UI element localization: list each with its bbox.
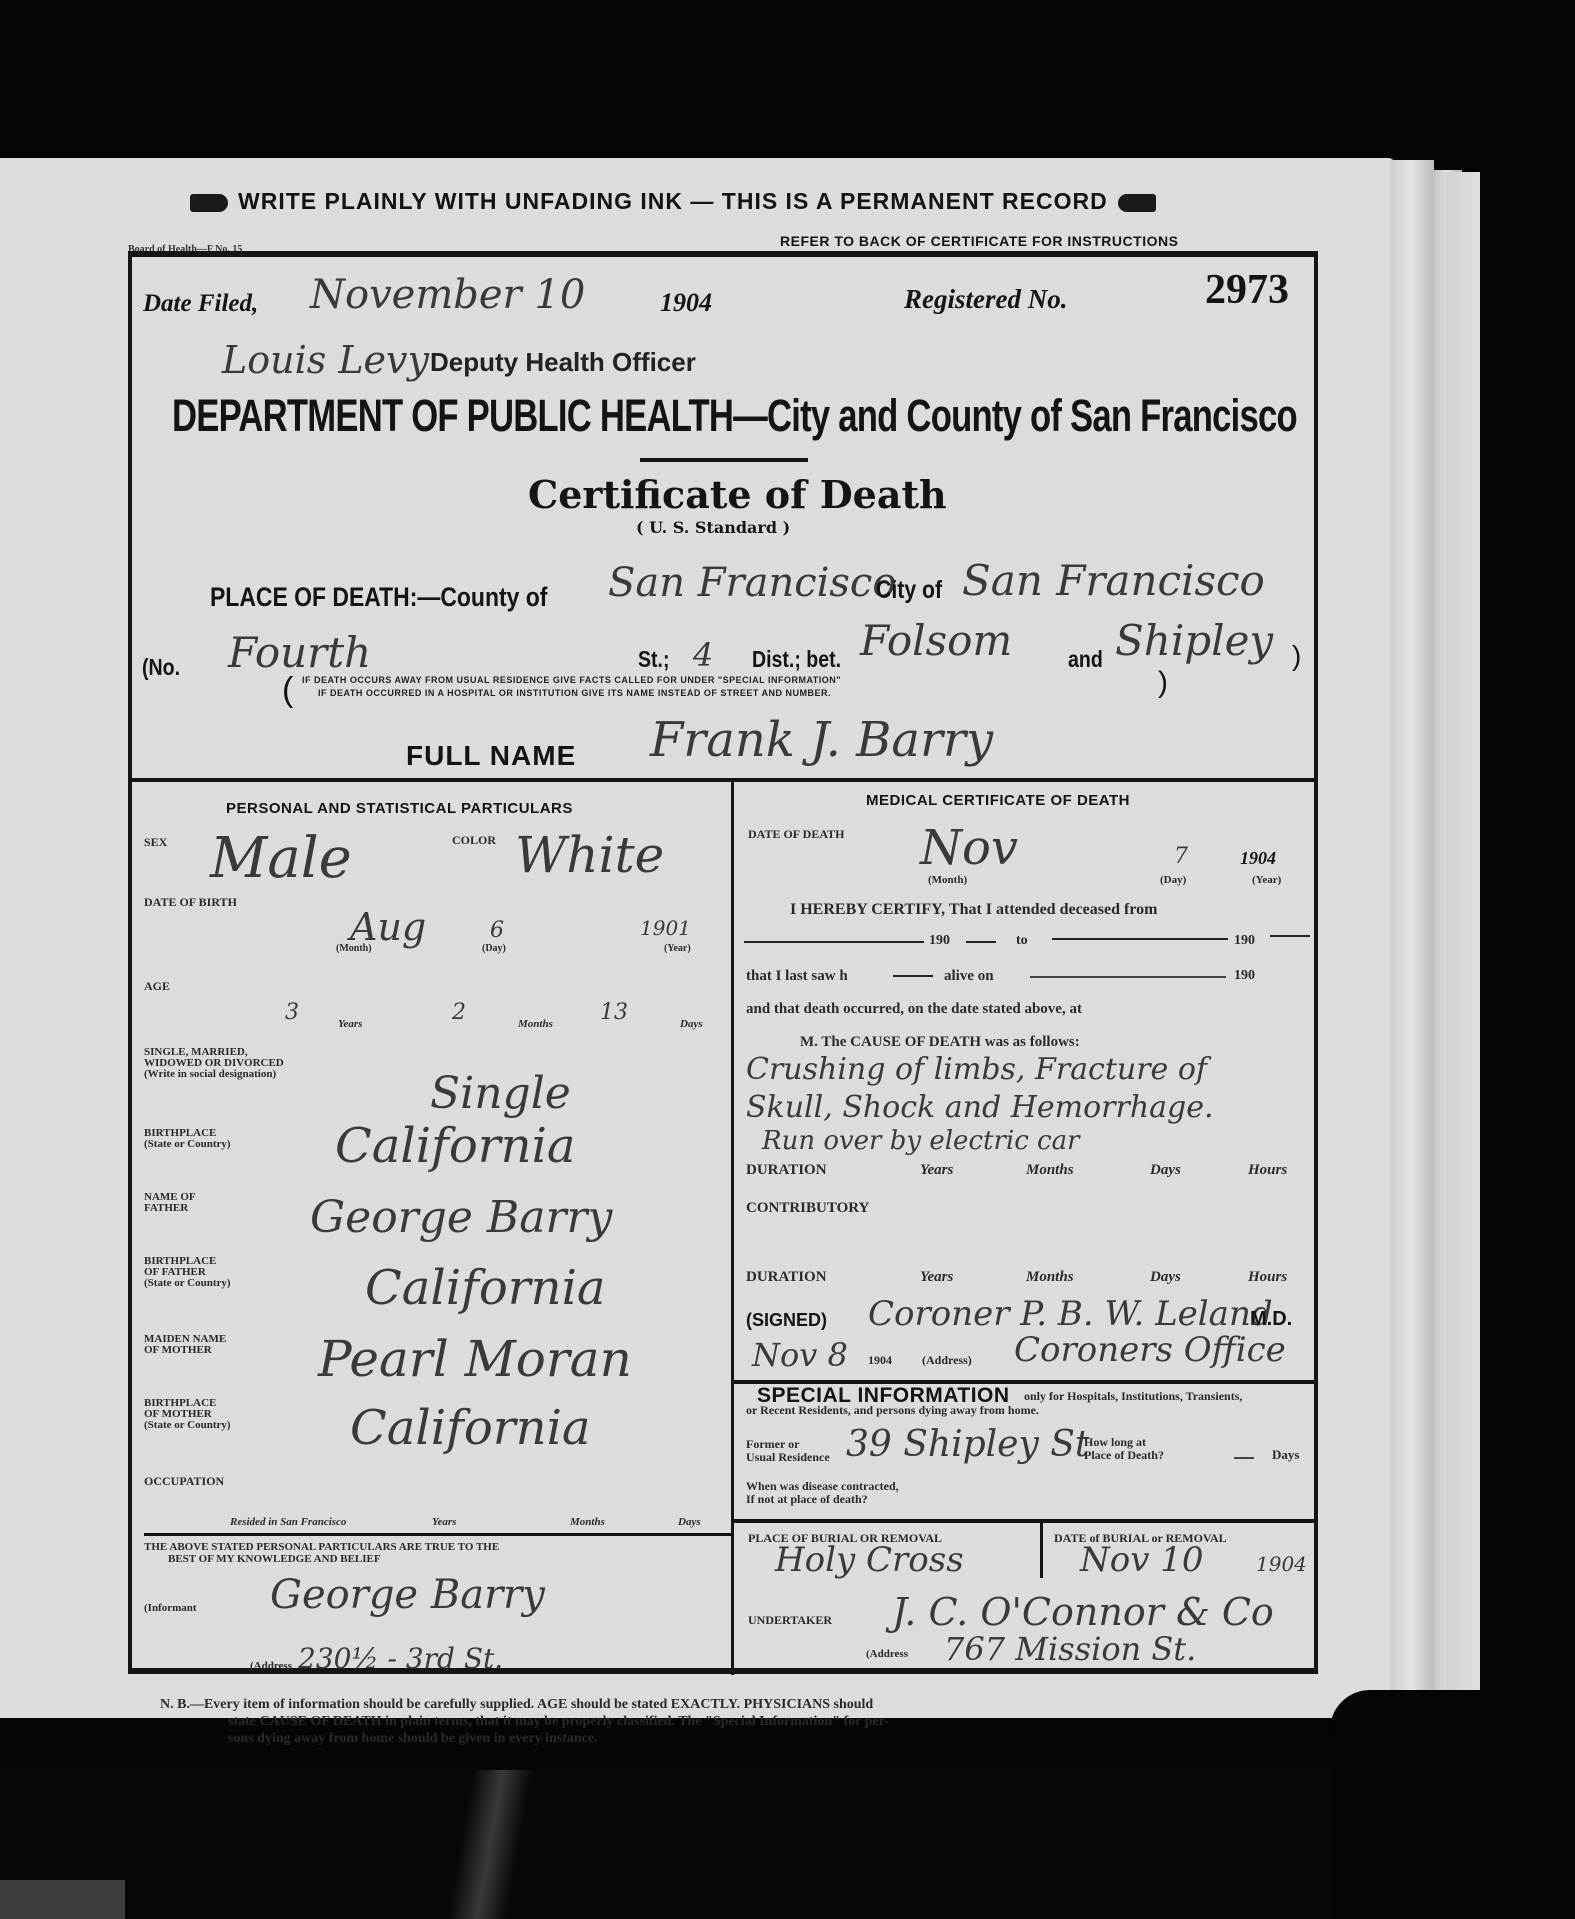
occurred-text: and that death occurred, on the date sta… bbox=[746, 1003, 1082, 1015]
informant-label: (Informant bbox=[144, 1602, 197, 1614]
duration-hours: Hours bbox=[1248, 1164, 1287, 1176]
column-divider bbox=[731, 780, 734, 1675]
to-year: 190 bbox=[1234, 935, 1255, 947]
father-birthplace-label: BIRTHPLACE OF FATHER (State or Country) bbox=[144, 1256, 231, 1289]
duration-label: DURATION bbox=[746, 1164, 827, 1176]
mother-name-label: MAIDEN NAME OF MOTHER bbox=[144, 1334, 226, 1356]
father-name-label-line: FATHER bbox=[144, 1203, 196, 1214]
footnote-line: sons dying away from home should be give… bbox=[160, 1730, 889, 1747]
last-saw-dash bbox=[893, 975, 933, 977]
birthplace-label-line: (State or Country) bbox=[144, 1139, 231, 1150]
marital-value: Single bbox=[430, 1068, 571, 1119]
undertaker-address-label: (Address bbox=[866, 1648, 908, 1660]
signed-label: (SIGNED) bbox=[746, 1310, 827, 1331]
resided-years: Years bbox=[432, 1516, 456, 1528]
birthplace-value: California bbox=[335, 1118, 576, 1174]
how-long-days: Days bbox=[1272, 1449, 1299, 1461]
informant-address-label: (Address bbox=[250, 1660, 292, 1672]
street-label: St.; bbox=[638, 646, 670, 673]
burial-column-divider bbox=[1040, 1520, 1043, 1578]
resided-months: Months bbox=[570, 1516, 605, 1528]
to-dash bbox=[1270, 935, 1310, 937]
paren-close: ) bbox=[1158, 666, 1168, 700]
signed-value: Coroner P. B. W. Leland bbox=[868, 1294, 1273, 1334]
dod-month-caption: (Month) bbox=[928, 874, 967, 886]
district-value: 4 bbox=[693, 636, 713, 674]
signed-year: 1904 bbox=[868, 1354, 892, 1366]
burial-divider bbox=[732, 1519, 1318, 1523]
cause-text: M. The CAUSE OF DEATH was as follows: bbox=[800, 1036, 1080, 1048]
refer-note: REFER TO BACK OF CERTIFICATE FOR INSTRUC… bbox=[780, 233, 1178, 249]
to-line bbox=[1052, 938, 1228, 940]
days-dash bbox=[1234, 1457, 1254, 1459]
father-name-value: George Barry bbox=[310, 1192, 612, 1243]
dod-year: 1904 bbox=[1240, 848, 1276, 869]
undertaker-address: 767 Mission St. bbox=[944, 1630, 1196, 1668]
contracted-label-line: If not at place of death? bbox=[746, 1493, 899, 1506]
dod-month: Nov bbox=[920, 820, 1018, 876]
dod-year-caption: (Year) bbox=[1252, 874, 1281, 886]
paren-open: ( bbox=[282, 673, 293, 707]
title-rule bbox=[640, 458, 808, 462]
burial-place-value: Holy Cross bbox=[775, 1540, 964, 1580]
informant-address: 230½ - 3rd St. bbox=[298, 1642, 503, 1675]
special-note-2: or Recent Residents, and persons dying a… bbox=[746, 1404, 1039, 1416]
banner-text: WRITE PLAINLY WITH UNFADING INK — THIS I… bbox=[238, 188, 1108, 214]
personal-heading: PERSONAL AND STATISTICAL PARTICULARS bbox=[226, 800, 573, 817]
duration-years-2: Years bbox=[920, 1271, 953, 1283]
certificate-title: Certificate of Death bbox=[528, 472, 947, 517]
date-filed-label: Date Filed, bbox=[143, 290, 258, 318]
father-name-label: NAME OF FATHER bbox=[144, 1192, 196, 1214]
age-days-caption: Days bbox=[680, 1018, 703, 1030]
age-months: 2 bbox=[452, 1000, 466, 1025]
how-long-label: How long at Place of Death? bbox=[1084, 1436, 1164, 1462]
residence-note-1: IF DEATH OCCURS AWAY FROM USUAL RESIDENC… bbox=[302, 675, 841, 685]
md-label: M.D. bbox=[1250, 1308, 1292, 1331]
mother-name-value: Pearl Moran bbox=[318, 1330, 632, 1388]
dod-day-caption: (Day) bbox=[1160, 874, 1186, 886]
alive-year: 190 bbox=[1234, 970, 1255, 982]
marital-label: SINGLE, MARRIED, WIDOWED OR DIVORCED (Wr… bbox=[144, 1047, 284, 1080]
between-street-1: Folsom bbox=[860, 616, 1012, 665]
alive-on-line bbox=[1030, 976, 1226, 978]
color-label: COLOR bbox=[452, 834, 496, 846]
district-between-label: Dist.; bet. bbox=[752, 646, 841, 673]
from-line bbox=[744, 941, 924, 943]
undertaker-value: J. C. O'Connor & Co bbox=[892, 1590, 1274, 1634]
residence-note-2: IF DEATH OCCURRED IN A HOSPITAL OR INSTI… bbox=[318, 688, 831, 698]
dob-year-caption: (Year) bbox=[664, 943, 691, 955]
dob-day-caption: (Day) bbox=[482, 943, 506, 955]
mother-birthplace-label: BIRTHPLACE OF MOTHER (State or Country) bbox=[144, 1398, 231, 1431]
between-street-2: Shipley bbox=[1115, 616, 1273, 665]
to-label: to bbox=[1016, 935, 1028, 947]
informant-name: George Barry bbox=[270, 1572, 545, 1618]
page-edge bbox=[1446, 172, 1480, 1712]
birthplace-label: BIRTHPLACE (State or Country) bbox=[144, 1128, 231, 1150]
pointing-hand-icon bbox=[1118, 194, 1156, 212]
age-months-caption: Months bbox=[518, 1018, 553, 1030]
mother-name-label-line: OF MOTHER bbox=[144, 1345, 226, 1356]
signed-date: Nov 8 bbox=[752, 1336, 848, 1374]
duration-years: Years bbox=[920, 1164, 953, 1176]
sex-label: SEX bbox=[144, 836, 167, 848]
duration-days-2: Days bbox=[1150, 1271, 1181, 1283]
residence-label: Former or Usual Residence bbox=[746, 1438, 830, 1464]
section-divider bbox=[128, 778, 1318, 782]
age-label: AGE bbox=[144, 980, 170, 992]
resided-label: Resided in San Francisco bbox=[230, 1516, 346, 1528]
dod-label: DATE OF DEATH bbox=[748, 828, 844, 840]
marital-label-line: (Write in social designation) bbox=[144, 1069, 284, 1080]
undertaker-label: UNDERTAKER bbox=[748, 1614, 832, 1626]
informant-statement: THE ABOVE STATED PERSONAL PARTICULARS AR… bbox=[144, 1541, 499, 1565]
cause-line-2: Skull, Shock and Hemorrhage. bbox=[746, 1090, 1214, 1125]
city-value: San Francisco bbox=[962, 556, 1265, 605]
pointing-hand-icon bbox=[190, 194, 228, 212]
medical-address-label: (Address) bbox=[922, 1354, 972, 1366]
cause-line-3: Run over by electric car bbox=[762, 1126, 1080, 1156]
duration-days: Days bbox=[1150, 1164, 1181, 1176]
father-birthplace-label-line: (State or Country) bbox=[144, 1278, 231, 1289]
occupation-label: OCCUPATION bbox=[144, 1475, 224, 1487]
burial-date-value: Nov 10 bbox=[1080, 1540, 1204, 1580]
resided-days: Days bbox=[678, 1516, 701, 1528]
age-days: 13 bbox=[600, 1000, 628, 1025]
page-edge bbox=[1390, 160, 1434, 1720]
residence-value: 39 Shipley St bbox=[846, 1424, 1089, 1465]
dod-day: 7 bbox=[1174, 844, 1188, 869]
mother-birthplace-label-line: (State or Country) bbox=[144, 1420, 231, 1431]
city-label: City of bbox=[876, 576, 942, 605]
duration-months: Months bbox=[1026, 1164, 1074, 1176]
informant-statement-line: THE ABOVE STATED PERSONAL PARTICULARS AR… bbox=[144, 1541, 499, 1553]
and-label: and bbox=[1068, 646, 1103, 673]
full-name-value: Frank J. Barry bbox=[650, 712, 993, 768]
color-value: White bbox=[515, 826, 664, 884]
county-value: San Francisco bbox=[608, 560, 896, 606]
place-of-death-label: PLACE OF DEATH:—County of bbox=[210, 582, 547, 613]
residence-label-line: Usual Residence bbox=[746, 1451, 830, 1464]
footnote: N. B.—Every item of information should b… bbox=[160, 1696, 889, 1747]
contracted-label: When was disease contracted, If not at p… bbox=[746, 1480, 899, 1506]
mother-birthplace-value: California bbox=[350, 1400, 591, 1456]
duration-label-2: DURATION bbox=[746, 1271, 827, 1283]
scan-background bbox=[0, 1880, 125, 1919]
informant-statement-line: BEST OF MY KNOWLEDGE AND BELIEF bbox=[144, 1553, 499, 1565]
date-filed-value: November 10 bbox=[310, 272, 585, 318]
certificate-subtitle: ( U. S. Standard ) bbox=[636, 518, 790, 537]
street-name-value: Fourth bbox=[228, 628, 371, 677]
dob-label: DATE OF BIRTH bbox=[144, 896, 237, 908]
date-filed-year: 1904 bbox=[660, 288, 712, 318]
footnote-line: N. B.—Every item of information should b… bbox=[160, 1696, 889, 1713]
medical-address: Coroners Office bbox=[1014, 1330, 1286, 1370]
certify-text: I HEREBY CERTIFY, That I attended deceas… bbox=[790, 902, 1157, 918]
department-title: DEPARTMENT OF PUBLIC HEALTH—City and Cou… bbox=[172, 390, 1297, 442]
cause-line-1: Crushing of limbs, Fracture of bbox=[746, 1052, 1207, 1087]
registered-label: Registered No. bbox=[904, 284, 1067, 315]
officer-signature: Louis Levy bbox=[222, 338, 429, 382]
scan-background bbox=[1330, 1690, 1575, 1919]
footnote-line: state CAUSE OF DEATH in plain terms, tha… bbox=[160, 1713, 889, 1730]
dob-month-caption: (Month) bbox=[336, 943, 372, 955]
last-saw-text: that I last saw h bbox=[746, 970, 848, 982]
sex-value: Male bbox=[210, 826, 352, 891]
burial-year-value: 1904 bbox=[1256, 1552, 1307, 1576]
age-years: 3 bbox=[285, 1000, 299, 1025]
duration-hours-2: Hours bbox=[1248, 1271, 1287, 1283]
alive-on-text: alive on bbox=[944, 970, 994, 982]
officer-title: Deputy Health Officer bbox=[430, 347, 696, 378]
paren-close: ) bbox=[1292, 640, 1301, 672]
father-birthplace-value: California bbox=[365, 1260, 606, 1316]
street-number-label: (No. bbox=[142, 654, 180, 681]
banner: WRITE PLAINLY WITH UNFADING INK — THIS I… bbox=[180, 188, 1166, 215]
how-long-label-line: Place of Death? bbox=[1084, 1449, 1164, 1462]
special-note-1: only for Hospitals, Institutions, Transi… bbox=[1024, 1390, 1242, 1402]
informant-divider bbox=[144, 1533, 732, 1536]
duration-months-2: Months bbox=[1026, 1271, 1074, 1283]
age-years-caption: Years bbox=[338, 1018, 362, 1030]
dob-year: 1901 bbox=[640, 916, 691, 940]
medical-heading: MEDICAL CERTIFICATE OF DEATH bbox=[866, 792, 1130, 809]
contributory-label: CONTRIBUTORY bbox=[746, 1202, 869, 1214]
dob-day: 6 bbox=[490, 918, 504, 943]
full-name-label: FULL NAME bbox=[406, 740, 576, 772]
from-year: 190 bbox=[929, 935, 950, 947]
from-dash bbox=[966, 941, 996, 943]
registered-number: 2973 bbox=[1205, 266, 1289, 314]
